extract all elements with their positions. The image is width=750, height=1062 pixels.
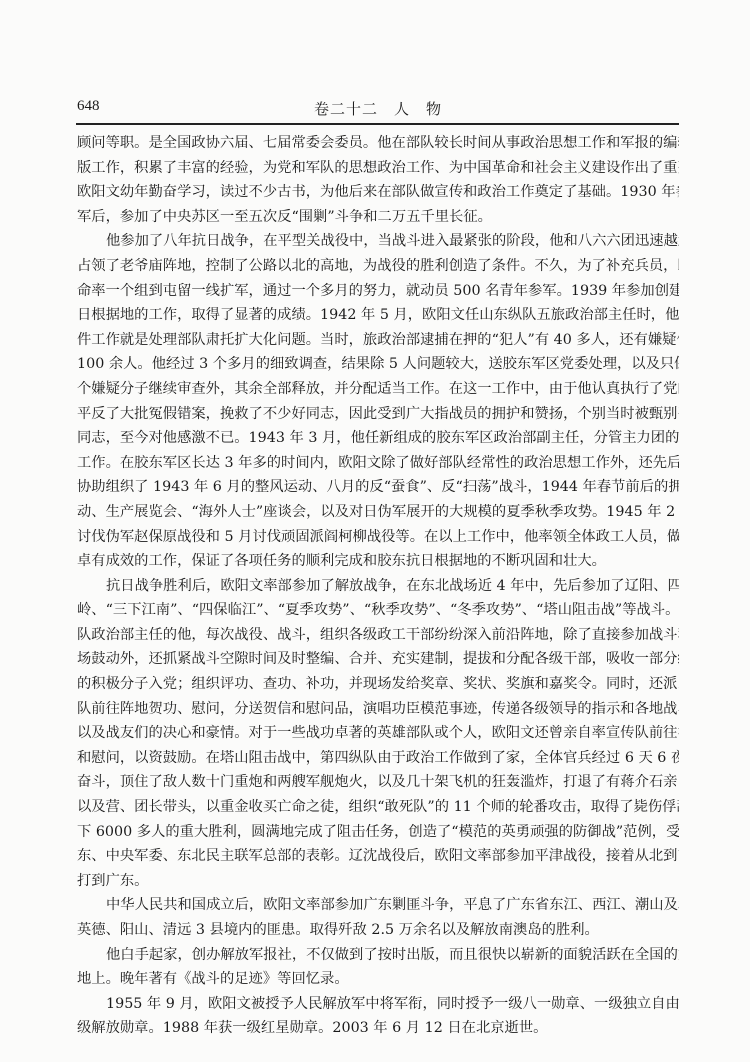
text-line: 抗日战争胜利后，欧阳文率部参加了解放战争，在东北战场近 4 年中，先后参加了辽阳… bbox=[77, 574, 679, 599]
text-line: 打到广东。 bbox=[77, 869, 679, 894]
body-text: 顾问等职。是全国政协六届、七届常委会委员。他在部队较长时间从事政治思想工作和军报… bbox=[77, 131, 679, 1041]
text-line: 协助组织了 1943 年 6 月的整风运动、八月的反“蚕食”、反“扫荡”战斗，1… bbox=[77, 475, 679, 500]
text-line: 100 余人。他经过 3 个多月的细致调查，结果除 5 人问题较大，送胶东军区党… bbox=[77, 352, 679, 377]
text-line: 1955 年 9 月，欧阳文被授予人民解放军中将军衔，同时授予一级八一勋章、一级… bbox=[77, 992, 679, 1017]
text-line: 奋斗，顶住了敌人数十门重炮和两艘军舰炮火，以及几十架飞机的狂轰滥炸，打退了有蒋介… bbox=[77, 770, 679, 795]
text-line: 占领了老爷庙阵地，控制了公路以北的高地，为战役的胜利创造了条件。不久，为了补充兵… bbox=[77, 254, 679, 279]
text-line: 中华人民共和国成立后，欧阳文率部参加广东剿匪斗争，平息了广东省东江、西江、潮山及… bbox=[77, 893, 679, 918]
text-line: 级解放勋章。1988 年获一级红星勋章。2003 年 6 月 12 日在北京逝世… bbox=[77, 1016, 679, 1041]
text-line: 下 6000 多人的重大胜利，圆满地完成了阻击任务，创造了“模范的英勇顽强的防御… bbox=[77, 820, 679, 845]
text-line: 动、生产展览会、“海外人士”座谈会，以及对日伪军展开的大规模的夏季秋季攻势。19… bbox=[77, 500, 679, 525]
text-line: 他白手起家，创办解放军报社，不仅做到了按时出版，而且很快以崭新的面貌活跃在全国的… bbox=[77, 943, 679, 968]
text-line: 岭、“三下江南”、“四保临江”、“夏季攻势”、“秋季攻势”、“冬季攻势”、“塔山… bbox=[77, 598, 679, 623]
text-line: 日根据地的工作，取得了显著的成绩。1942 年 5 月，欧阳文任山东纵队五旅政治… bbox=[77, 303, 679, 328]
text-line: 件工作就是处理部队肃托扩大化问题。当时，旅政治部逮捕在押的“犯人”有 40 多人… bbox=[77, 328, 679, 353]
text-line: 顾问等职。是全国政协六届、七届常委会委员。他在部队较长时间从事政治思想工作和军报… bbox=[77, 131, 679, 156]
text-line: 东、中央军委、东北民主联军总部的表彰。辽沈战役后，欧阳文率部参加平津战役，接着从… bbox=[77, 844, 679, 869]
text-line: 的积极分子入党；组织评功、查功、补功，并现场发给奖章、奖状、奖旗和嘉奖令。同时，… bbox=[77, 672, 679, 697]
text-line: 工作。在胶东军区长达 3 年多的时间内，欧阳文除了做好部队经常性的政治思想工作外… bbox=[77, 451, 679, 476]
text-line: 军后，参加了中央苏区一至五次反“围剿”斗争和二万五千里长征。 bbox=[77, 205, 679, 230]
text-line: 同志，至今对他感激不已。1943 年 3 月，他任新组成的胶东军区政治部副主任，… bbox=[77, 426, 679, 451]
text-line: 队前往阵地贺功、慰问，分送贺信和慰问品，演唱功臣模范事迹，传递各级领导的指示和各… bbox=[77, 697, 679, 722]
header-rule bbox=[76, 123, 679, 125]
text-line: 以及战友们的决心和豪情。对于一些战功卓著的英雄部队或个人，欧阳文还曾亲自率宣传队… bbox=[77, 721, 679, 746]
text-line: 以及营、团长带头，以重金收买亡命之徒，组织“敢死队”的 11 个师的轮番攻击，取… bbox=[77, 795, 679, 820]
text-line: 个嫌疑分子继续审查外，其余全部释放，并分配适当工作。在这一工作中，由于他认真执行… bbox=[77, 377, 679, 402]
page-header: 648 卷二十二 人 物 bbox=[77, 98, 679, 122]
text-line: 命率一个组到屯留一线扩军，通过一个多月的努力，就动员 500 名青年参军。193… bbox=[77, 279, 679, 304]
text-line: 英德、阳山、清远 3 县境内的匪患。取得歼敌 2.5 万余名以及解放南澳岛的胜利… bbox=[77, 918, 679, 943]
text-line: 他参加了八年抗日战争，在平型关战役中，当战斗进入最紧张的阶段，他和八六六团迅速越… bbox=[77, 229, 679, 254]
text-line: 地上。晚年著有《战斗的足迹》等回忆录。 bbox=[77, 967, 679, 992]
text-line: 平反了大批冤假错案，挽救了不少好同志，因此受到广大指战员的拥护和赞扬，个别当时被… bbox=[77, 402, 679, 427]
text-line: 场鼓动外，还抓紧战斗空隙时间及时整编、合并、充实建制，提拔和分配各级干部，吸收一… bbox=[77, 647, 679, 672]
text-line: 版工作，积累了丰富的经验，为党和军队的思想政治工作、为中国革命和社会主义建设作出… bbox=[77, 156, 679, 181]
text-line: 队政治部主任的他，每次战役、战斗，组织各级政工干部纷纷深入前沿阵地，除了直接参加… bbox=[77, 623, 679, 648]
text-line: 和慰问，以资鼓励。在塔山阻击战中，第四纵队由于政治工作做到了家，全体官兵经过 6… bbox=[77, 746, 679, 771]
text-line: 卓有成效的工作，保证了各项任务的顺利完成和胶东抗日根据地的不断巩固和壮大。 bbox=[77, 549, 679, 574]
text-line: 欧阳文幼年勤奋学习，读过不少古书，为他后来在部队做宣传和政治工作奠定了基础。19… bbox=[77, 180, 679, 205]
running-title: 卷二十二 人 物 bbox=[77, 98, 679, 119]
text-line: 讨伐伪军赵保原战役和 5 月讨伐顽固派阎柯柳战役等。在以上工作中，他率领全体政工… bbox=[77, 525, 679, 550]
